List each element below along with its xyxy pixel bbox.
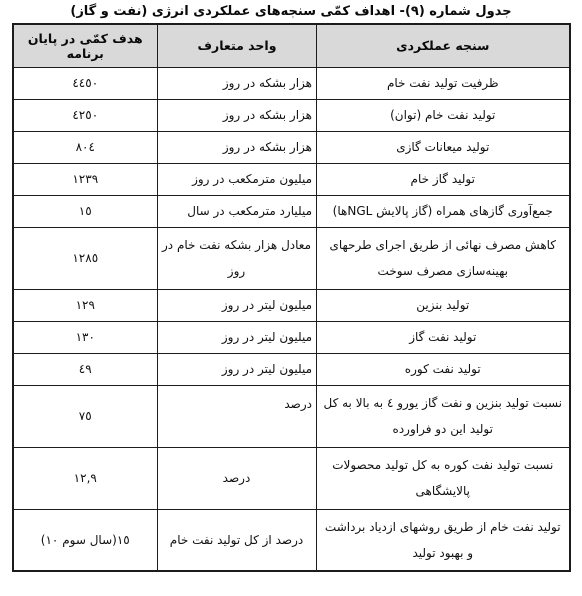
unit-cell: هزار بشکه در روز — [158, 67, 317, 99]
target-cell: ٧٥ — [13, 385, 158, 447]
unit-cell: هزار بشکه در روز — [158, 131, 317, 163]
table-row: کاهش مصرف نهائی از طریق اجرای طرحهای بهی… — [13, 227, 570, 289]
table-row: تولید نفت کوره میلیون لیتر در روز ٤٩ — [13, 353, 570, 385]
metric-cell: تولید میعانات گازی — [317, 131, 570, 163]
metric-cell: نسبت تولید نفت کوره به کل تولید محصولات … — [317, 447, 570, 509]
header-row: سنجه عملکردی واحد متعارف هدف کمّی در پای… — [13, 24, 570, 67]
target-cell: ١٣٠ — [13, 321, 158, 353]
target-cell: ١٢,٩ — [13, 447, 158, 509]
metric-cell: تولید گاز خام — [317, 163, 570, 195]
unit-cell: درصد از کل تولید نفت خام — [158, 509, 317, 571]
table-row: تولید نفت گاز میلیون لیتر در روز ١٣٠ — [13, 321, 570, 353]
target-cell: ٤٢٥٠ — [13, 99, 158, 131]
metric-cell: جمع‌آوری گازهای همراه (گاز پالایش NGLها) — [317, 195, 570, 227]
unit-cell: میلیون مترمکعب در روز — [158, 163, 317, 195]
table-title: جدول شماره (٩)- اهداف کمّی سنجه‌های عملک… — [0, 0, 582, 23]
table-row: تولید میعانات گازی هزار بشکه در روز ٨٠٤ — [13, 131, 570, 163]
table-row: تولید نفت خام از طریق روشهای ازدیاد بردا… — [13, 509, 570, 571]
unit-cell: هزار بشکه در روز — [158, 99, 317, 131]
table-row: تولید گاز خام میلیون مترمکعب در روز ١٢٣٩ — [13, 163, 570, 195]
metric-column-header: سنجه عملکردی — [317, 24, 570, 67]
unit-cell: درصد — [158, 447, 317, 509]
target-cell: ٤٤٥٠ — [13, 67, 158, 99]
unit-column-header: واحد متعارف — [158, 24, 317, 67]
target-cell: ١٢٨٥ — [13, 227, 158, 289]
target-cell: ١٢٣٩ — [13, 163, 158, 195]
target-cell: ١٥(سال سوم ١٠) — [13, 509, 158, 571]
metric-cell: تولید نفت خام از طریق روشهای ازدیاد بردا… — [317, 509, 570, 571]
table-row: تولید بنزین میلیون لیتر در روز ١٢٩ — [13, 289, 570, 321]
metric-cell: تولید نفت گاز — [317, 321, 570, 353]
unit-cell: معادل هزار بشکه نفت خام در روز — [158, 227, 317, 289]
unit-cell: میلیون لیتر در روز — [158, 353, 317, 385]
target-cell: ٤٩ — [13, 353, 158, 385]
target-column-header: هدف کمّی در پایان برنامه — [13, 24, 158, 67]
performance-metrics-table: سنجه عملکردی واحد متعارف هدف کمّی در پای… — [12, 23, 571, 572]
unit-cell: میلیون لیتر در روز — [158, 289, 317, 321]
target-cell: ٨٠٤ — [13, 131, 158, 163]
table-row: نسبت تولید نفت کوره به کل تولید محصولات … — [13, 447, 570, 509]
table-row: نسبت تولید بنزین و نفت گاز یورو ٤ به بال… — [13, 385, 570, 447]
table-row: ظرفیت تولید نفت خام هزار بشکه در روز ٤٤٥… — [13, 67, 570, 99]
metric-cell: کاهش مصرف نهائی از طریق اجرای طرحهای بهی… — [317, 227, 570, 289]
metric-cell: تولید نفت خام (توان) — [317, 99, 570, 131]
metric-cell: تولید نفت کوره — [317, 353, 570, 385]
unit-cell: میلیارد مترمکعب در سال — [158, 195, 317, 227]
metric-cell: تولید بنزین — [317, 289, 570, 321]
unit-cell: درصد — [158, 385, 317, 447]
document-page: جدول شماره (٩)- اهداف کمّی سنجه‌های عملک… — [0, 0, 582, 596]
table-row: تولید نفت خام (توان) هزار بشکه در روز ٤٢… — [13, 99, 570, 131]
target-cell: ١٥ — [13, 195, 158, 227]
unit-cell: میلیون لیتر در روز — [158, 321, 317, 353]
table-row: جمع‌آوری گازهای همراه (گاز پالایش NGLها)… — [13, 195, 570, 227]
metric-cell: ظرفیت تولید نفت خام — [317, 67, 570, 99]
target-cell: ١٢٩ — [13, 289, 158, 321]
metric-cell: نسبت تولید بنزین و نفت گاز یورو ٤ به بال… — [317, 385, 570, 447]
